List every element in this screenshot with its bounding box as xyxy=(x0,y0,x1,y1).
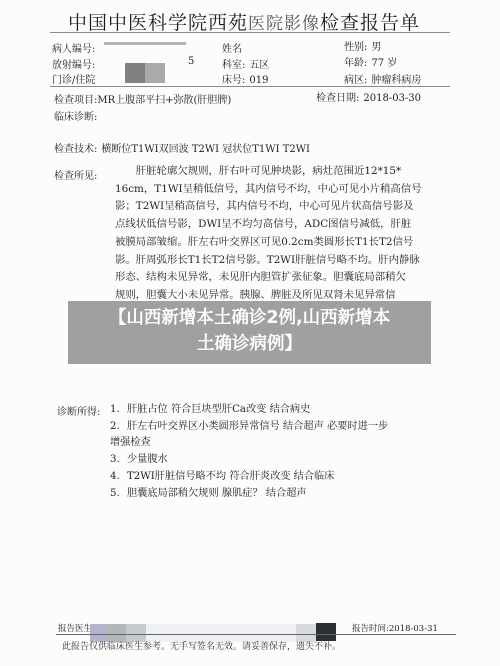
name-label: 姓名 xyxy=(222,40,242,55)
exam-date-field: 检查日期:2018-03-30 xyxy=(316,89,421,104)
title-faded: 医院影像 xyxy=(248,14,320,34)
diagnosis-item: 3.少量腹水 xyxy=(110,452,388,469)
ward-field: 病区:肿瘤科病房 xyxy=(344,71,421,86)
findings-text: 肝脏轮廓欠规则，肝右叶可见肿块影，病灶范围近12*15* 16cm，T1WI呈稍… xyxy=(115,163,422,322)
diagnosis-item: 1.肝脏占位 符合巨块型肝Ca改变 结合病史 xyxy=(110,402,388,419)
headline-overlay-banner: 【山西新增本土确诊2例,山西新增本 土确诊病例】 xyxy=(68,301,431,364)
patient-id-label: 病人编号: xyxy=(52,40,95,55)
findings-label: 检查所见: xyxy=(54,167,97,182)
outpatient-label: 门诊/住院 xyxy=(52,71,95,86)
findings-line: 影。肝周弧形长T1长T2信号影。T2WI肝脏信号略不均。肝内静脉 xyxy=(115,252,422,270)
redacted-block-dark xyxy=(125,63,145,83)
bed-field: 床号:019 xyxy=(222,71,268,86)
headline-line-2: 土确诊病例】 xyxy=(68,331,431,357)
diagnosis-list: 1.肝脏占位 符合巨块型肝Ca改变 结合病史 2.肝左右叶交界区小类圆形异常信号… xyxy=(110,402,388,502)
dept-field: 科室:五区 xyxy=(222,56,269,71)
report-time-field: 报告时间:2018-03-31 xyxy=(352,622,438,634)
diagnosis-item: 4.T2WI肝脏信号略不均 符合肝炎改变 结合临床 xyxy=(110,469,388,486)
report-title: 中国中医科学院西苑医院影像检查报告单 xyxy=(68,8,420,35)
divider-footer xyxy=(56,634,456,635)
diagnosis-label: 诊断所得: xyxy=(57,403,100,418)
findings-line: 16cm，T1WI呈稍低信号，其内信号不均，中心可见小片稍高信号 xyxy=(115,181,422,199)
headline-line-1: 【山西新增本土确诊2例,山西新增本 xyxy=(68,305,431,331)
findings-line: 形态、结构未见异常，未见肝内胆管扩张征象。胆囊底局部稍欠 xyxy=(115,269,422,287)
age-field: 年龄:77 岁 xyxy=(344,54,397,69)
diagnosis-item: 2.肝左右叶交界区小类圆形异常信号 结合超声 必要时进一步 xyxy=(110,419,388,436)
disclaimer-text: 此报告仅供临床医生参考。无手写签名无效。请妥善保存，遗失不补。 xyxy=(62,639,341,652)
technique-field: 检查技术:横断位T1WI双回波 T2WI 冠状位T1WI T2WI xyxy=(54,140,310,155)
clinical-diagnosis-label: 临床诊断: xyxy=(54,108,97,123)
diagnosis-item: 5.胆囊底局部稍欠规则 腺肌症？ 结合超声 xyxy=(110,486,388,503)
findings-line: 肝脏轮廓欠规则，肝右叶可见肿块影，病灶范围近12*15* xyxy=(115,163,422,181)
findings-line: 影；T2WI呈稍高信号，其内信号不均，中心可见片状高信号影及 xyxy=(115,198,422,216)
diagnosis-item-continued: 增强检查 xyxy=(110,435,388,452)
findings-line: 被膜局部皱缩。肝左右叶交界区可见0.2cm类圆形长T1长T2信号 xyxy=(115,234,422,252)
findings-line: 点线状低信号影，DWI呈不均匀高信号，ADC图信号减低，肝脏 xyxy=(115,216,422,234)
title-hospital: 中国中医科学院西苑 xyxy=(68,12,248,34)
radiology-id-label: 放射编号: xyxy=(52,56,95,71)
divider-top xyxy=(50,32,450,33)
report-page: 中国中医科学院西苑医院影像检查报告单 病人编号: 放射编号: 5 门诊/住院 姓… xyxy=(0,0,500,666)
redacted-patient-id xyxy=(104,42,186,45)
radiology-id-suffix: 5 xyxy=(188,56,194,67)
redacted-block-light xyxy=(145,63,165,83)
title-doc-type: 检查报告单 xyxy=(320,12,420,34)
exam-item-field: 检查项目:MR上腹部平扫+弥散(肝胆脾) xyxy=(54,91,231,106)
divider-patient xyxy=(50,86,450,87)
sex-field: 性别:男 xyxy=(344,38,381,53)
doctor-label: 报告医生 xyxy=(58,622,92,634)
